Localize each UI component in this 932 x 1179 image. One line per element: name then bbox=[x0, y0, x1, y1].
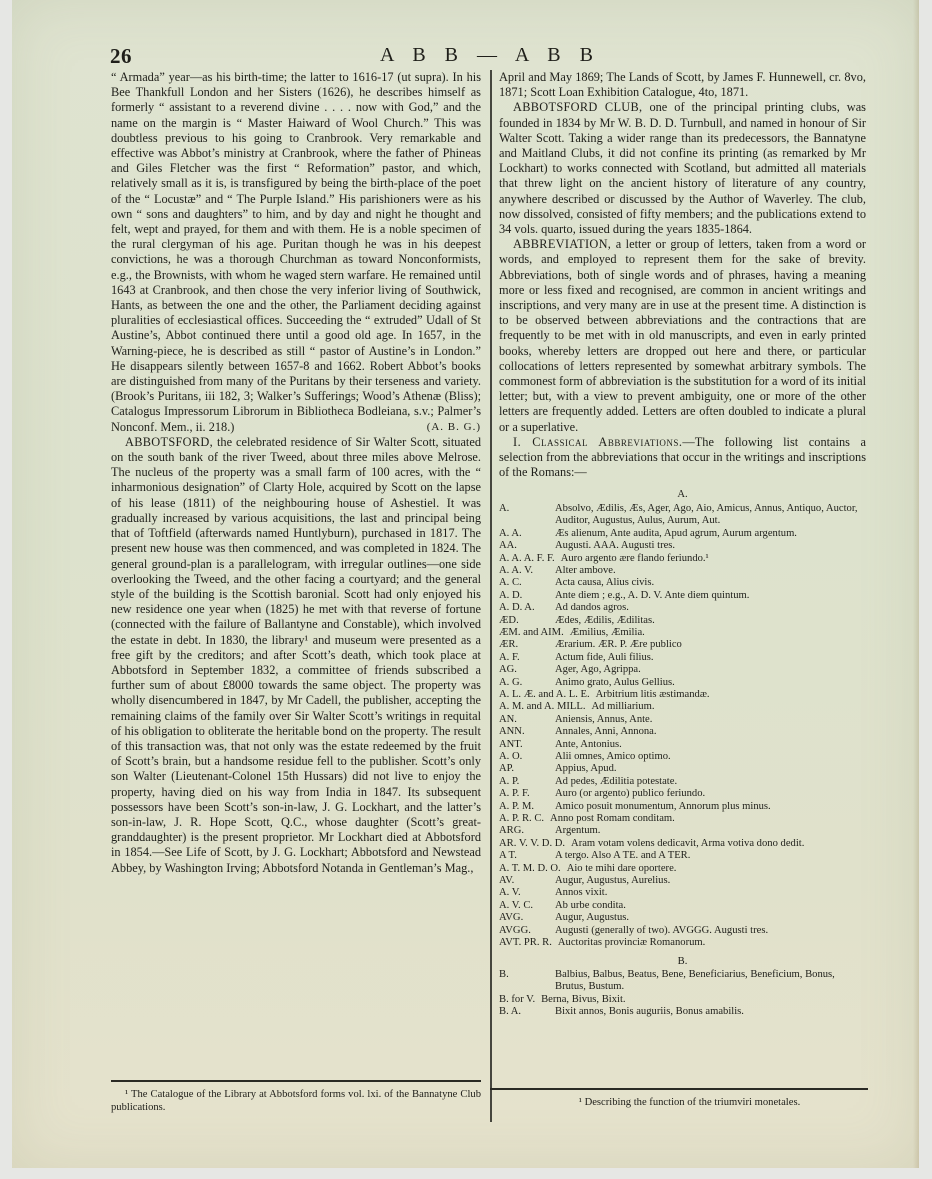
running-head: 26 A B B — A B B bbox=[110, 44, 900, 68]
abbreviation-row: ARG.Argentum. bbox=[499, 825, 866, 837]
abbreviation-row: A. D.Ante diem ; e.g., A. D. V. Ante die… bbox=[499, 590, 866, 602]
abbreviation-expansion: Auro (or argento) publico feriundo. bbox=[555, 788, 866, 800]
abbreviation-expansion: Ad pedes, Ædilitia potestate. bbox=[555, 776, 866, 788]
abbreviation-key: A. M. and A. MILL. bbox=[499, 701, 592, 713]
abbreviation-key: B. A. bbox=[499, 1006, 555, 1018]
abbreviation-key: A T. bbox=[499, 850, 555, 862]
abbreviation-key: B. bbox=[499, 969, 555, 994]
abbreviation-row: ÆD.Ædes, Ædilis, Ædilitas. bbox=[499, 615, 866, 627]
section-heading: I. Classical Abbreviations. bbox=[513, 435, 682, 449]
entry-abbreviation: ABBREVIATION, a letter or group of lette… bbox=[499, 237, 866, 435]
abbreviation-expansion: Auctoritas provinciæ Romanorum. bbox=[558, 937, 866, 949]
abbreviation-row: A. P.Ad pedes, Ædilitia potestate. bbox=[499, 776, 866, 788]
abbreviation-key: ARG. bbox=[499, 825, 555, 837]
footnote-divider-left bbox=[111, 1080, 481, 1082]
abbreviation-row: A. A. V.Alter ambove. bbox=[499, 565, 866, 577]
abbreviation-key: A. P. R. C. bbox=[499, 813, 550, 825]
paragraph-abbotsford-continuation: April and May 1869; The Lands of Scott, … bbox=[499, 70, 866, 100]
footnote-left: ¹ The Catalogue of the Library at Abbots… bbox=[111, 1088, 481, 1114]
abbreviation-row: A. V. C.Ab urbe condita. bbox=[499, 900, 866, 912]
abbreviation-key: ANN. bbox=[499, 726, 555, 738]
abbreviation-expansion: Anno post Romam conditam. bbox=[550, 813, 866, 825]
left-column: “ Armada” year—as his birth-time; the la… bbox=[111, 70, 481, 876]
abbreviation-row: A. F.Actum fide, Auli filius. bbox=[499, 652, 866, 664]
abbreviation-expansion: Alii omnes, Amico optimo. bbox=[555, 751, 866, 763]
headword: ABBOTSFORD, bbox=[125, 435, 213, 449]
abbreviation-key: A. P. bbox=[499, 776, 555, 788]
abbreviation-key: A. O. bbox=[499, 751, 555, 763]
abbreviation-row: AN.Aniensis, Annus, Ante. bbox=[499, 714, 866, 726]
abbreviation-key: B. for V. bbox=[499, 994, 541, 1006]
abbreviation-expansion: Ædes, Ædilis, Ædilitas. bbox=[555, 615, 866, 627]
abbreviation-key: ÆR. bbox=[499, 639, 555, 651]
abbreviation-key: A. V. C. bbox=[499, 900, 555, 912]
abbreviation-row: ÆR.Ærarium. ÆR. P. Ære publico bbox=[499, 639, 866, 651]
abbreviation-expansion: Animo grato, Aulus Gellius. bbox=[555, 677, 866, 689]
abbreviation-list: A.A.Absolvo, Ædilis, Æs, Ager, Ago, Aio,… bbox=[499, 489, 866, 1018]
abbreviation-key: AG. bbox=[499, 664, 555, 676]
abbreviation-expansion: Ante diem ; e.g., A. D. V. Ante diem qui… bbox=[555, 590, 866, 602]
abbreviation-key: A. A. A. F. F. bbox=[499, 553, 561, 565]
abbreviation-row: A. T. M. D. O.Aio te mihi dare oportere. bbox=[499, 863, 866, 875]
abbreviation-expansion: Amico posuit monumentum, Annorum plus mi… bbox=[555, 801, 866, 813]
abbreviation-expansion: Æs alienum, Ante audita, Apud agrum, Aur… bbox=[555, 528, 866, 540]
abbreviation-row: A. D. A.Ad dandos agros. bbox=[499, 602, 866, 614]
entry-text: a letter or group of letters, taken from… bbox=[499, 237, 866, 433]
abbreviation-expansion: Ab urbe condita. bbox=[555, 900, 866, 912]
abbreviation-row: B.Balbius, Balbus, Beatus, Bene, Benefic… bbox=[499, 969, 866, 994]
abbreviation-row: AG.Ager, Ago, Agrippa. bbox=[499, 664, 866, 676]
abbreviation-row: AVGG.Augusti (generally of two). AVGGG. … bbox=[499, 925, 866, 937]
abbreviation-expansion: Augusti (generally of two). AVGGG. Augus… bbox=[555, 925, 866, 937]
abbreviation-expansion: Aniensis, Annus, Ante. bbox=[555, 714, 866, 726]
abbreviation-row: AVT. PR. R.Auctoritas provinciæ Romanoru… bbox=[499, 937, 866, 949]
abbreviation-key: AN. bbox=[499, 714, 555, 726]
abbreviation-row: AV.Augur, Augustus, Aurelius. bbox=[499, 875, 866, 887]
running-title: A B B — A B B bbox=[380, 44, 600, 67]
abbreviation-row: A. P. M.Amico posuit monumentum, Annorum… bbox=[499, 801, 866, 813]
abbreviation-expansion: Berna, Bivus, Bixit. bbox=[541, 994, 866, 1006]
abbreviation-key: A. bbox=[499, 503, 555, 528]
abbreviation-row: B. A.Bixit annos, Bonis auguriis, Bonus … bbox=[499, 1006, 866, 1018]
abbreviation-row: A T.A tergo. Also A TE. and A TER. bbox=[499, 850, 866, 862]
abbreviation-expansion: Balbius, Balbus, Beatus, Bene, Beneficia… bbox=[555, 969, 866, 994]
abbreviation-key: ANT. bbox=[499, 739, 555, 751]
abbreviation-key: AA. bbox=[499, 540, 555, 552]
entry-abbotsford: ABBOTSFORD, the celebrated residence of … bbox=[111, 435, 481, 876]
abbreviation-expansion: Auro argento ære flando feriundo.¹ bbox=[561, 553, 866, 565]
abbreviation-row: A.Absolvo, Ædilis, Æs, Ager, Ago, Aio, A… bbox=[499, 503, 866, 528]
abbreviation-expansion: Augur, Augustus. bbox=[555, 912, 866, 924]
abbreviation-section-letter: A. bbox=[499, 489, 866, 501]
abbreviation-expansion: Actum fide, Auli filius. bbox=[555, 652, 866, 664]
abbreviation-row: B. for V.Berna, Bivus, Bixit. bbox=[499, 994, 866, 1006]
abbreviation-expansion: Augur, Augustus, Aurelius. bbox=[555, 875, 866, 887]
abbreviation-row: AP.Appius, Apud. bbox=[499, 763, 866, 775]
headword: ABBREVIATION, bbox=[513, 237, 611, 251]
column-divider bbox=[490, 70, 492, 1122]
abbreviation-expansion: Annos vixit. bbox=[555, 887, 866, 899]
abbreviation-key: A. A. bbox=[499, 528, 555, 540]
abbreviation-key: A. T. M. D. O. bbox=[499, 863, 567, 875]
abbreviation-expansion: Appius, Apud. bbox=[555, 763, 866, 775]
abbreviation-row: ANN.Annales, Anni, Annona. bbox=[499, 726, 866, 738]
abbreviation-expansion: Ager, Ago, Agrippa. bbox=[555, 664, 866, 676]
abbreviation-row: A. C.Acta causa, Alius civis. bbox=[499, 577, 866, 589]
abbreviation-key: A. P. M. bbox=[499, 801, 555, 813]
abbreviation-key: A. A. V. bbox=[499, 565, 555, 577]
abbreviation-key: AVGG. bbox=[499, 925, 555, 937]
abbreviation-row: A. L. Æ. and A. L. E.Arbitrium litis æst… bbox=[499, 689, 866, 701]
section-classical-abbreviations: I. Classical Abbreviations.—The followin… bbox=[499, 435, 866, 481]
abbreviation-row: ANT.Ante, Antonius. bbox=[499, 739, 866, 751]
right-column: April and May 1869; The Lands of Scott, … bbox=[499, 70, 866, 1019]
abbreviation-expansion: Ad milliarium. bbox=[592, 701, 866, 713]
abbreviation-expansion: Aram votam volens dedicavit, Arma votiva… bbox=[571, 838, 866, 850]
abbreviation-expansion: Æmilius, Æmilia. bbox=[570, 627, 866, 639]
abbreviation-key: AVT. PR. R. bbox=[499, 937, 558, 949]
abbreviation-row: ÆM. and AIM.Æmilius, Æmilia. bbox=[499, 627, 866, 639]
abbreviation-row: A. A.Æs alienum, Ante audita, Apud agrum… bbox=[499, 528, 866, 540]
abbreviation-expansion: Alter ambove. bbox=[555, 565, 866, 577]
abbreviation-row: A. O.Alii omnes, Amico optimo. bbox=[499, 751, 866, 763]
abbreviation-row: A. M. and A. MILL.Ad milliarium. bbox=[499, 701, 866, 713]
abbreviation-expansion: Arbitrium litis æstimandæ. bbox=[596, 689, 866, 701]
entry-text: one of the principal printing clubs, was… bbox=[499, 100, 866, 236]
abbreviation-row: AA.Augusti. AAA. Augusti tres. bbox=[499, 540, 866, 552]
abbreviation-row: A. A. A. F. F.Auro argento ære flando fe… bbox=[499, 553, 866, 565]
abbreviation-key: AP. bbox=[499, 763, 555, 775]
abbreviation-key: A. L. Æ. and A. L. E. bbox=[499, 689, 596, 701]
abbreviation-key: A. P. F. bbox=[499, 788, 555, 800]
abbreviation-key: AV. bbox=[499, 875, 555, 887]
abbreviation-row: AVG.Augur, Augustus. bbox=[499, 912, 866, 924]
abbreviation-expansion: Ante, Antonius. bbox=[555, 739, 866, 751]
abbreviation-expansion: A tergo. Also A TE. and A TER. bbox=[555, 850, 866, 862]
book-page: 26 A B B — A B B “ Armada” year—as his b… bbox=[12, 0, 919, 1168]
abbreviation-expansion: Ad dandos agros. bbox=[555, 602, 866, 614]
abbreviation-row: A. G.Animo grato, Aulus Gellius. bbox=[499, 677, 866, 689]
abbreviation-key: A. V. bbox=[499, 887, 555, 899]
abbreviation-key: A. C. bbox=[499, 577, 555, 589]
abbreviation-expansion: Annales, Anni, Annona. bbox=[555, 726, 866, 738]
entry-abbotsford-club: ABBOTSFORD CLUB, one of the principal pr… bbox=[499, 100, 866, 237]
abbreviation-key: AVG. bbox=[499, 912, 555, 924]
abbreviation-expansion: Argentum. bbox=[555, 825, 866, 837]
abbreviation-row: AR. V. V. D. D.Aram votam volens dedicav… bbox=[499, 838, 866, 850]
paragraph-text: “ Armada” year—as his birth-time; the la… bbox=[111, 70, 481, 434]
abbreviation-key: A. D. A. bbox=[499, 602, 555, 614]
footnote-divider-right bbox=[490, 1088, 868, 1090]
abbreviation-key: A. F. bbox=[499, 652, 555, 664]
abbreviation-key: A. G. bbox=[499, 677, 555, 689]
abbreviation-row: A. P. F.Auro (or argento) publico feriun… bbox=[499, 788, 866, 800]
abbreviation-row: A. P. R. C.Anno post Romam conditam. bbox=[499, 813, 866, 825]
abbreviation-section-letter: B. bbox=[499, 956, 866, 968]
paragraph-robert-abbot-continuation: “ Armada” year—as his birth-time; the la… bbox=[111, 70, 481, 435]
abbreviation-key: A. D. bbox=[499, 590, 555, 602]
abbreviation-key: AR. V. V. D. D. bbox=[499, 838, 571, 850]
abbreviation-expansion: Augusti. AAA. Augusti tres. bbox=[555, 540, 866, 552]
abbreviation-expansion: Absolvo, Ædilis, Æs, Ager, Ago, Aio, Ami… bbox=[555, 503, 866, 528]
footnote-right: ¹ Describing the function of the triumvi… bbox=[499, 1096, 866, 1109]
abbreviation-expansion: Aio te mihi dare oportere. bbox=[567, 863, 866, 875]
abbreviation-expansion: Acta causa, Alius civis. bbox=[555, 577, 866, 589]
abbreviation-expansion: Bixit annos, Bonis auguriis, Bonus amabi… bbox=[555, 1006, 866, 1018]
author-attribution: (A. B. G.) bbox=[427, 420, 481, 435]
abbreviation-key: ÆM. and AIM. bbox=[499, 627, 570, 639]
abbreviation-expansion: Ærarium. ÆR. P. Ære publico bbox=[555, 639, 866, 651]
abbreviation-key: ÆD. bbox=[499, 615, 555, 627]
headword: ABBOTSFORD CLUB, bbox=[513, 100, 642, 114]
entry-text: the celebrated residence of Sir Walter S… bbox=[111, 435, 481, 875]
abbreviation-row: A. V.Annos vixit. bbox=[499, 887, 866, 899]
page-number: 26 bbox=[110, 44, 132, 69]
